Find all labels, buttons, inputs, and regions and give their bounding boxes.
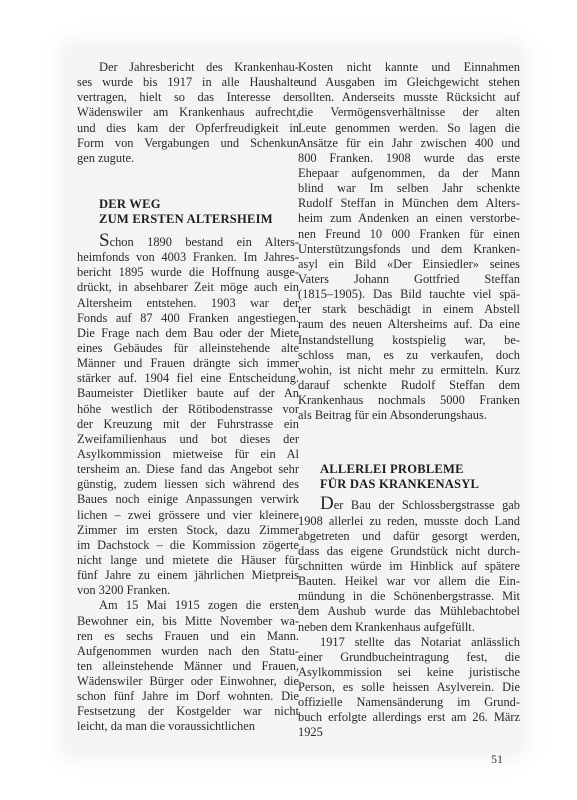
text-line: Am 15 Mai 1915 zogen die ersten — [77, 598, 299, 613]
text-line: Asylkommission sei keine juristische — [298, 665, 520, 680]
text-line: heimfonds von 4003 Franken. Im Jahres- — [77, 250, 299, 265]
text-line: 800 Franken. 1908 wurde das erste — [298, 151, 520, 166]
text-line: bericht 1895 wurde die Hoffnung ausge- — [77, 265, 299, 280]
paragraph-erste-bewohner: Am 15 Mai 1915 zogen die erstenBewohner … — [77, 598, 299, 734]
heading-line: FÜR DAS KRANKENASYL — [320, 477, 479, 491]
text-line: mündung in die Schönenbergstrasse. Mit — [298, 589, 520, 604]
text-line: fünf Jahre zu einem jährlichen Mietpreis — [77, 568, 299, 583]
text-line: Person, es solle heissen Asylverein. Die — [298, 680, 520, 695]
text-line: schon fünf Jahre im Dorf wohnten. Die — [77, 689, 299, 704]
text-line: günstig, zudem liessen sich während des — [77, 477, 299, 492]
right-column: Kosten nicht kannte und Einnahmenund Aus… — [298, 60, 520, 741]
paragraph-schlossbergstrasse: Der Bau der Schlossbergstrasse gab1908 a… — [298, 498, 520, 634]
text-line: (1815–1905). Das Bild tauchte viel spä- — [298, 287, 520, 302]
text-line: Zimmer im ersten Stock, dazu Zimmer — [77, 523, 299, 538]
text-line: blind war Im selben Jahr schenkte — [298, 181, 520, 196]
text-line: schnitten würde im Hinblick auf spätere — [298, 559, 520, 574]
text-line: raum des neuen Altersheims auf. Da eine — [298, 317, 520, 332]
paragraph-notariat: 1917 stellte das Notariat anlässlicheine… — [298, 635, 520, 741]
text-line: ren es sechs Frauen und ein Mann. — [77, 629, 299, 644]
drop-cap: S — [99, 230, 110, 251]
text-line: ten alleinstehende Männer und Frauen, — [77, 659, 299, 674]
text-line: Wädenswiler am Krankenhaus aufrecht, — [77, 105, 299, 120]
text-line: Die Frage nach dem Bau oder der Miete — [77, 326, 299, 341]
text-line: einer Grundbucheintragung fest, die — [298, 650, 520, 665]
page-number: 51 — [491, 752, 503, 767]
text-line: Aufgenommen wurden nach den Statu- — [77, 644, 299, 659]
text-line: darauf schenkte Rudolf Steffan dem — [298, 378, 520, 393]
text-line: tersheim an. Diese fand das Angebot sehr — [77, 462, 299, 477]
text-line: Ehepaar aufgenommen, da der Mann — [298, 166, 520, 181]
heading-line: ALLERLEI PROBLEME — [320, 462, 464, 476]
text-line: Bauten. Heikel war vor allem die Ein- — [298, 574, 520, 589]
text-line: Wädenswiler Bürger oder Einwohner, die — [77, 674, 299, 689]
text-line: abgetreten und dafür gesorgt werden, — [298, 529, 520, 544]
text-line: leicht, da man die voraussichtlichen — [77, 719, 299, 734]
text-line: stärker auf. 1904 fiel eine Entscheidung… — [77, 371, 299, 386]
text-line: offizielle Namensänderung im Grund- — [298, 695, 520, 710]
text-line: 1908 allerlei zu reden, musste doch Land — [298, 514, 520, 529]
heading-line: ZUM ERSTEN ALTERSHEIM — [99, 212, 273, 226]
text-line: Männer und Frauen drängte sich immer — [77, 356, 299, 371]
text-line: wohin, ist nicht mehr zu ermitteln. Kurz — [298, 363, 520, 378]
left-column: Der Jahresbericht des Krankenhau-ses wur… — [77, 60, 299, 735]
text-line: gen zugute. — [77, 151, 299, 166]
text-line: nen Freund 10 000 Franken für einen — [298, 227, 520, 242]
heading-line: DER WEG — [99, 197, 161, 211]
text-line: Fonds auf 87 400 Franken angestiegen. — [77, 311, 299, 326]
section-heading-krankenasyl: ALLERLEI PROBLEME FÜR DAS KRANKENASYL — [298, 462, 520, 492]
text-line: schloss man, es zu verkaufen, doch — [298, 348, 520, 363]
text-line: höhe westlich der Rötibodenstrasse vor — [77, 402, 299, 417]
text-line: von 3200 Franken. — [77, 583, 299, 598]
text-line: und Ausgaben im Gleichgewicht stehen — [298, 75, 520, 90]
text-line: die Vermögensverhältnisse der alten — [298, 105, 520, 120]
paragraph-kostgelder: Kosten nicht kannte und Einnahmenund Aus… — [298, 60, 520, 423]
text-line: Bewohner ein, bis Mitte November wa- — [77, 614, 299, 629]
text-line: nicht lange und mietete die Häuser für — [77, 553, 299, 568]
text-line: Der Jahresbericht des Krankenhau- — [77, 60, 299, 75]
text-line: Asylkommission mietweise für ein Al — [77, 447, 299, 462]
text-line: 1917 stellte das Notariat anlässlich — [298, 635, 520, 650]
text-line: vertragen, hielt so das Interesse der — [77, 90, 299, 105]
text-line: lichen – zwei grössere und vier kleinere — [77, 508, 299, 523]
text-line: Rudolf Steffan in München dem Alters- — [298, 196, 520, 211]
text-line: Ansätze für ein Jahr zwischen 400 und — [298, 136, 520, 151]
text-line: Vaters Johann Gottfried Steffan — [298, 272, 520, 287]
text-line: im Dachstock – die Kommission zögerte — [77, 538, 299, 553]
section-heading-erstes-altersheim: DER WEG ZUM ERSTEN ALTERSHEIM — [77, 197, 299, 227]
text-line: Der Bau der Schlossbergstrasse gab — [298, 498, 520, 513]
text-line: Schon 1890 bestand ein Alters- — [77, 235, 299, 250]
text-line: Baues noch einige Anpassungen verwirk — [77, 492, 299, 507]
text-line: eines Gebäudes für alleinstehende alte — [77, 341, 299, 356]
text-line: Unterstützungsfonds und dem Kranken- — [298, 242, 520, 257]
text-line: Krankenhaus nochmals 5000 Franken — [298, 393, 520, 408]
text-line: und dies kam der Opferfreudigkeit in — [77, 121, 299, 136]
text-line: Form von Vergabungen und Schenkun — [77, 136, 299, 151]
text-line: Festsetzung der Kostgelder war nicht — [77, 704, 299, 719]
text-line: Kosten nicht kannte und Einnahmen — [298, 60, 520, 75]
text-line: der Kreuzung mit der Fuhrstrasse ein — [77, 417, 299, 432]
text-line: als Beitrag für ein Absonderungshaus. — [298, 408, 520, 423]
text-line: Leute genommen werden. So lagen die — [298, 121, 520, 136]
text-line: neben dem Krankenhaus aufgefüllt. — [298, 620, 520, 635]
drop-cap: D — [320, 493, 334, 514]
text-line: buch erfolgte allerdings erst am 26. Mär… — [298, 710, 520, 725]
paragraph-jahresbericht: Der Jahresbericht des Krankenhau-ses wur… — [77, 60, 299, 166]
text-line: ter stark beschädigt in einem Abstell — [298, 302, 520, 317]
text-line: Altersheim entstehen. 1903 war der — [77, 296, 299, 311]
text-line: sollten. Anderseits musste Rücksicht auf — [298, 90, 520, 105]
text-line: asyl ein Bild «Der Einsiedler» seines — [298, 257, 520, 272]
text-line: Baumeister Dietliker baute auf der An — [77, 386, 299, 401]
paragraph-altersheim-fonds: Schon 1890 bestand ein Alters-heimfonds … — [77, 235, 299, 598]
text-line: Instandstellung kostspielig war, be- — [298, 333, 520, 348]
text-line: Zweifamilienhaus und bot dieses der — [77, 432, 299, 447]
text-line: 1925 — [298, 725, 520, 740]
text-line: drückt, in absehbarer Zeit möge auch ein — [77, 280, 299, 295]
text-line: ses wurde bis 1917 in alle Haushalte — [77, 75, 299, 90]
text-line: dass das eigene Grundstück nicht durch- — [298, 544, 520, 559]
text-line: dem Aushub wurde das Mühlebachtobel — [298, 604, 520, 619]
text-line: heim zum Andenken an einen verstorbe- — [298, 211, 520, 226]
